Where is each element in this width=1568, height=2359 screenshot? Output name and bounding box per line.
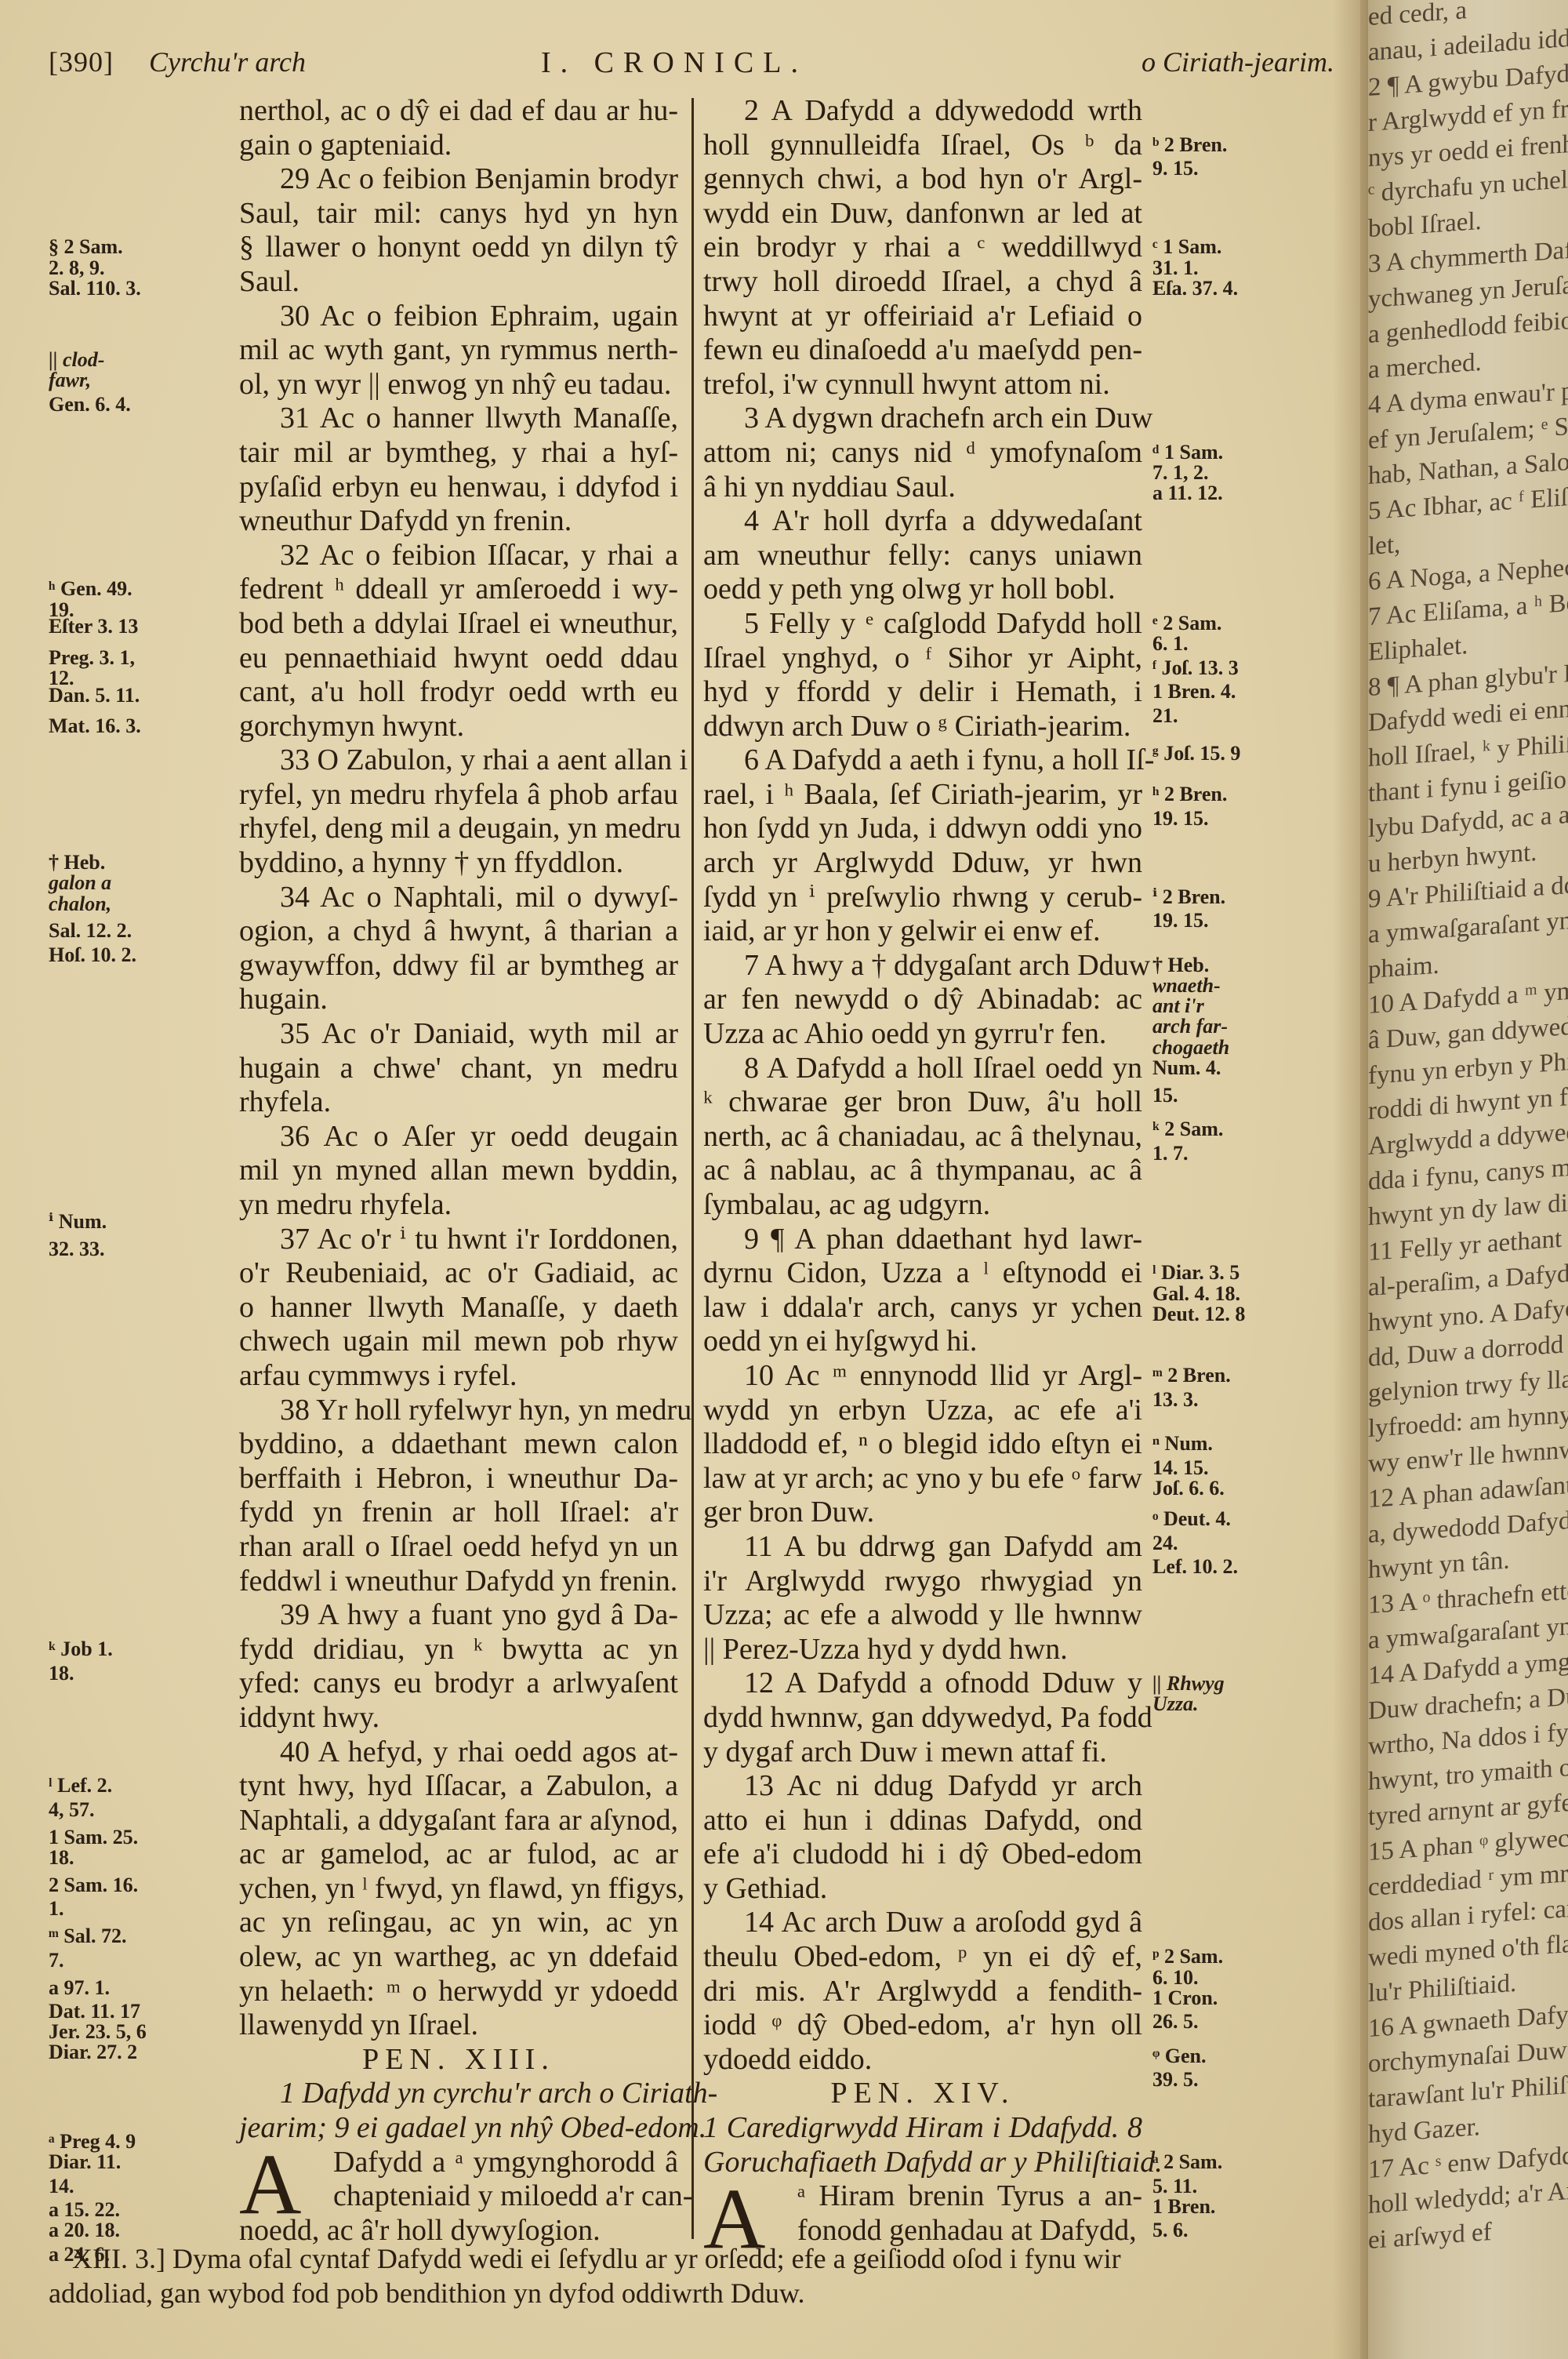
verse-line: ger bron Duw. (703, 1496, 1142, 1530)
verse-line: trefol, i'w cynnull hwynt attom ni. (703, 368, 1142, 402)
margin-reference: 39. 5. (1152, 2068, 1199, 2092)
verse-line: y Gethiad. (703, 1872, 1142, 1906)
verse-line: theulu Obed-edom, ᵖ yn ei dŷ ef, (703, 1940, 1142, 1975)
verse-line: dydd hwnnw, gan ddywedyd, Pa fodd (703, 1701, 1142, 1736)
verse-line: 7 A hwy a † ddygaſant arch Dduw (703, 949, 1142, 983)
verse-line: lladdodd ef, ⁿ o blegid iddo eſtyn ei (703, 1427, 1142, 1462)
verse-line: 3 A dygwn drachefn arch ein Duw (703, 402, 1142, 436)
verse-line: 13 Ac ni ddug Dafydd yr arch (703, 1769, 1142, 1804)
verse-line: olew, ac yn wartheg, ac yn ddefaid (239, 1940, 678, 1975)
verse-line: fydd yn frenin ar holl Iſrael: a'r (239, 1496, 678, 1530)
verse-line: || Perez-Uzza hyd y dydd hwn. (703, 1633, 1142, 1667)
verse-line: feddwl i wneuthur Dafydd yn frenin. (239, 1565, 678, 1599)
verse-line: law i ddala'r arch, canys yr ychen (703, 1291, 1142, 1325)
margin-reference: a 97. 1. (49, 1976, 110, 2000)
verse-line: pyſaſid erbyn eu henwau, i ddyfod i (239, 471, 678, 505)
verse-line: ar fen newydd o dŷ Abinadab: ac (703, 983, 1142, 1017)
margin-reference: chalon, (49, 892, 111, 916)
verse-line: 9 ¶ A phan ddaethant hyd lawr- (703, 1223, 1142, 1257)
verse-line: 6 A Dafydd a aeth i fynu, a holl Iſ- (703, 743, 1142, 778)
verse-line: gennych chwi, a bod hyn o'r Argl- (703, 162, 1142, 197)
verse-line: ryfel, yn medru rhyfela â phob arfau (239, 778, 678, 812)
verse-line: law at yr arch; ac yno y bu efe ᵒ farw (703, 1462, 1142, 1496)
verse-line: nerthol, ac o dŷ ei dad ef dau ar hu- (239, 94, 678, 129)
verse-line: llawenydd yn Iſrael. (239, 2008, 678, 2043)
book-page: [390] Cyrchu'r arch I. CRONICL. o Ciriat… (0, 0, 1360, 2359)
verse-line: berffaith i Hebron, i wneuthur Da- (239, 1462, 678, 1496)
right-running-title: o Ciriath-jearim. (1142, 45, 1334, 78)
margin-reference: Deut. 12. 8 (1152, 1303, 1245, 1326)
margin-reference: ᵍ Joſ. 15. 9 (1152, 742, 1240, 765)
verse-line: ᵏ chwarae ger bron Duw, â'u holl (703, 1085, 1142, 1120)
verse-line: wydd ein Duw, danfonwn ar led at (703, 197, 1142, 231)
verse-line: 4 A'r holl dyrfa a ddywedaſant (703, 504, 1142, 539)
verse-line: Iſrael ynghyd, o ᶠ Sihor yr Aipht, (703, 642, 1142, 676)
margin-reference: 6. 1. (1152, 632, 1189, 656)
verse-line: 29 Ac o feibion Benjamin brodyr (239, 162, 678, 197)
margin-reference: ⁱ 2 Bren. (1152, 885, 1225, 909)
verse-line: Dafydd a ᵃ ymgynghorodd â (239, 2146, 678, 2180)
margin-reference: 18. (49, 1662, 74, 1685)
verse-line: 2 A Dafydd a ddywedodd wrth (703, 94, 1142, 129)
column-divider (691, 98, 694, 2239)
verse-line: hugain a chwe' chant, yn medru (239, 1052, 678, 1086)
margin-reference: 5. 6. (1152, 2219, 1189, 2242)
margin-reference: Eſter 3. 13 (49, 615, 138, 638)
verse-line: ſydd yn ⁱ preſwylio rhwng y cerub- (703, 881, 1142, 915)
margin-reference: 21. (1152, 704, 1178, 728)
verse-line: 12 A Dafydd a ofnodd Dduw y (703, 1667, 1142, 1701)
margin-reference: Diar. 11. (49, 2150, 121, 2174)
verse-line: arch yr Arglwydd Dduw, yr hwn (703, 846, 1142, 881)
margin-reference: 1 Cron. (1152, 1986, 1218, 2010)
verse-line: atto ei hun i ddinas Dafydd, ond (703, 1804, 1142, 1838)
verse-line: dri mis. A'r Arglwydd a fendith- (703, 1975, 1142, 2009)
verse-line: 14 Ac arch Duw a aroſodd gyd â (703, 1906, 1142, 1940)
verse-line: 37 Ac o'r ⁱ tu hwnt i'r Iorddonen, (239, 1223, 678, 1257)
verse-line: byddino, a hynny † yn ffyddlon. (239, 846, 678, 881)
margin-reference: Uzza. (1152, 1692, 1199, 1716)
verse-line: gorchymyn hwynt. (239, 710, 678, 744)
right-text-column: 2 A Dafydd a ddywedodd wrthholl gynnulle… (703, 94, 1142, 2248)
margin-reference: Hoſ. 10. 2. (49, 943, 136, 967)
verse-line: 34 Ac o Naphtali, mil o dywyſ- (239, 881, 678, 915)
margin-reference: 19. 15. (1152, 807, 1209, 831)
margin-reference: ⁿ Num. (1152, 1432, 1213, 1456)
verse-line: mil yn myned allan mewn byddin, (239, 1154, 678, 1188)
running-header: [390] Cyrchu'r arch I. CRONICL. o Ciriat… (49, 45, 1334, 85)
verse-line: iaid, ar yr hon y gelwir ei enw ef. (703, 914, 1142, 949)
verse-line: o hanner llwyth Manaſſe, y daeth (239, 1291, 678, 1325)
margin-reference: 13. 3. (1152, 1388, 1199, 1412)
verse-line: ac ar gamelod, ac ar fulod, ac ar (239, 1837, 678, 1872)
verse-line: holl gynnulleidfa Iſrael, Os ᵇ da (703, 129, 1142, 163)
verse-line: ac â nablau, ac â thympanau, ac â (703, 1154, 1142, 1188)
footnote: XIII. 3.] Dyma ofal cyntaf Dafydd wedi e… (49, 2241, 1342, 2310)
verse-line: iodd ᵠ dŷ Obed-edom, a'r hyn oll (703, 2008, 1142, 2043)
verse-line: 35 Ac o'r Daniaid, wyth mil ar (239, 1017, 678, 1052)
margin-reference: ᵒ Deut. 4. (1152, 1507, 1231, 1531)
verse-line: ᵃ Hiram brenin Tyrus a an- (703, 2179, 1142, 2214)
verse-line: ychen, yn ˡ fwyd, yn flawd, yn ffigys, (239, 1872, 678, 1906)
margin-reference: Sal. 110. 3. (49, 277, 141, 300)
chapter-summary-line: Goruchafiaeth Dafydd ar y Philiſtiaid. (703, 2146, 1142, 2180)
verse-line: fedrent ʰ ddeall yr amſeroedd i wy- (239, 572, 678, 607)
margin-reference: 1 Bren. 4. (1152, 680, 1236, 703)
page-number: [390] (49, 45, 114, 78)
left-text-column: nerthol, ac o dŷ ei dad ef dau ar hu-gai… (239, 94, 678, 2248)
margin-reference: 19. 15. (1152, 909, 1209, 932)
verse-line: arfau cymmwys i ryfel. (239, 1359, 678, 1394)
footnote-line: XIII. 3.] Dyma ofal cyntaf Dafydd wedi e… (49, 2241, 1342, 2276)
margin-reference: ⁱ Num. (49, 1210, 107, 1234)
margin-reference: ᵏ 2 Sam. (1152, 1118, 1223, 1141)
verse-line: 38 Yr holl ryfelwyr hyn, yn medru (239, 1394, 678, 1428)
chapter-heading: PEN. XIV. (703, 2077, 1142, 2111)
margin-reference: 14. (49, 2175, 74, 2198)
verse-line: 31 Ac o hanner llwyth Manaſſe, (239, 402, 678, 436)
drop-cap: A (239, 2141, 301, 2227)
verse-line: hyd y ffordd y delir i Hemath, i (703, 675, 1142, 710)
margin-reference: 2 Sam. 16. (49, 1874, 138, 1897)
margin-reference: 4, 57. (49, 1798, 95, 1822)
verse-line: Saul, tair mil: canys hyd yn hyn (239, 197, 678, 231)
next-page-text: ed cedr, aanau, i adeiladu iddo2 ¶ A gwy… (1368, 0, 1568, 2259)
verse-line: o'r Reubeniaid, ac o'r Gadiaid, ac (239, 1256, 678, 1291)
margin-reference: Lef. 10. 2. (1152, 1555, 1238, 1579)
margin-reference: Num. 4. (1152, 1056, 1221, 1080)
verse-line: hon ſydd yn Juda, i ddwyn oddi yno (703, 812, 1142, 846)
margin-reference: 7. (49, 1949, 64, 1972)
verse-line: ein brodyr y rhai a ᶜ weddillwyd (703, 231, 1142, 265)
verse-line: yn medru rhyfela. (239, 1188, 678, 1223)
margin-reference: ʰ 2 Bren. (1152, 783, 1227, 806)
footnote-line: addoliad, gan wybod fod pob bendithion y… (49, 2276, 1342, 2310)
next-page-edge: ed cedr, aanau, i adeiladu iddo2 ¶ A gwy… (1368, 0, 1568, 2359)
verse-line: 8 A Dafydd a holl Iſrael oedd yn (703, 1052, 1142, 1086)
verse-line: 33 O Zabulon, y rhai a aent allan i (239, 743, 678, 778)
verse-line: Uzza ac Ahio oedd yn gyrru'r fen. (703, 1017, 1142, 1052)
margin-reference: 1. 7. (1152, 1142, 1189, 1165)
verse-line: fydd dridiau, yn ᵏ bwytta ac yn (239, 1633, 678, 1667)
margin-reference: a 11. 12. (1152, 482, 1223, 505)
verse-line: rhan arall o Iſrael oedd hefyd yn un (239, 1530, 678, 1565)
margin-reference: 32. 33. (49, 1238, 105, 1261)
verse-line: mil ac wyth gant, yn rymmus nerth- (239, 333, 678, 368)
margin-reference: 1 Bren. (1152, 2195, 1215, 2219)
verse-line: y dygaf arch Duw i mewn attaf fi. (703, 1736, 1142, 1770)
verse-line: 30 Ac o feibion Ephraim, ugain (239, 300, 678, 334)
margin-reference: a 20. 18. (49, 2219, 120, 2242)
verse-line: Naphtali, a ddygaſant fara ar aſynod, (239, 1804, 678, 1838)
margin-reference: ᵇ 2 Bren. (1152, 133, 1227, 157)
verse-line: 11 A bu ddrwg gan Dafydd am (703, 1530, 1142, 1565)
verse-line: byddino, a ddaethant mewn calon (239, 1427, 678, 1462)
verse-line: dyrnu Cidon, Uzza a ˡ eſtynodd ei (703, 1256, 1142, 1291)
margin-reference: ᵠ Gen. (1152, 2045, 1207, 2068)
margin-reference: ᵐ Sal. 72. (49, 1925, 126, 1948)
margin-reference: 26. 5. (1152, 2010, 1199, 2034)
margin-reference: 1. (49, 1897, 64, 1921)
verse-line: hugain. (239, 983, 678, 1017)
verse-line: ac yn reſingau, ac yn win, ac yn (239, 1906, 678, 1940)
verse-line: hwynt at yr offeiriaid a'r Lefiaid o (703, 300, 1142, 334)
verse-line: yfed: canys eu brodyr a arlwyaſent (239, 1667, 678, 1701)
margin-reference: Gen. 6. 4. (49, 393, 131, 416)
chapter-summary-line: 1 Caredigrwydd Hiram i Ddafydd. 8 (703, 2111, 1142, 2146)
verse-line: gain o gapteniaid. (239, 129, 678, 163)
verse-line: rhyfel, deng mil a deugain, yn medru (239, 812, 678, 846)
margin-reference: ᵏ Job 1. (49, 1637, 113, 1661)
verse-line: eu pennaethiaid hwynt oedd ddau (239, 642, 678, 676)
margin-reference: Joſ. 6. 6. (1152, 1477, 1225, 1500)
verse-line: tynt hwy, hyd Iſſacar, a Zabulon, a (239, 1769, 678, 1804)
margin-reference: Dan. 5. 11. (49, 684, 140, 707)
margin-reference: 15. (1152, 1084, 1178, 1107)
verse-line: rhyfela. (239, 1085, 678, 1120)
verse-line: 10 Ac ᵐ ennynodd llid yr Argl- (703, 1359, 1142, 1394)
verse-line: i'r Arglwydd rwygo rhwygiad yn (703, 1565, 1142, 1599)
verse-line: efe a'i cludodd hi i dŷ Obed-edom (703, 1837, 1142, 1872)
margin-reference: 9. 15. (1152, 157, 1199, 180)
verse-line: trwy holl diroedd Iſrael, a chyd â (703, 265, 1142, 300)
chapter-heading: PEN. XIII. (239, 2043, 678, 2077)
chapter-summary-line: jearim; 9 ei gadael yn nhŷ Obed-edom. (239, 2111, 678, 2146)
verse-line: bod beth a ddylai Iſrael ei wneuthur, (239, 607, 678, 642)
verse-line: yn helaeth: ᵐ o herwydd yr ydoedd (239, 1975, 678, 2009)
verse-line: am wneuthur felly: canys uniawn (703, 539, 1142, 573)
verse-line: ogion, a chyd â hwynt, â tharian a (239, 914, 678, 949)
verse-line: fewn eu dinaſoedd a'u maeſydd pen- (703, 333, 1142, 368)
verse-line: Saul. (239, 265, 678, 300)
chapter-summary-line: 1 Dafydd yn cyrchu'r arch o Ciriath- (239, 2077, 678, 2111)
verse-line: 32 Ac o feibion Iſſacar, y rhai a (239, 539, 678, 573)
verse-line: tair mil ar bymtheg, y rhai a hyſ- (239, 436, 678, 471)
verse-line: attom ni; canys nid ᵈ ymofynaſom (703, 436, 1142, 471)
verse-line: § llawer o honynt oedd yn dilyn tŷ (239, 231, 678, 265)
verse-line: iddynt hwy. (239, 1701, 678, 1736)
verse-line: 39 A hwy a fuant yno gyd â Da- (239, 1598, 678, 1633)
verse-line: cant, a'u holl frodyr oedd wrth eu (239, 675, 678, 710)
verse-line: wneuthur Dafydd yn frenin. (239, 504, 678, 539)
margin-reference: Sal. 12. 2. (49, 919, 132, 943)
verse-line: Uzza; ac efe a alwodd y lle hwnnw (703, 1598, 1142, 1633)
margin-reference: ᶠ Joſ. 13. 3 (1152, 656, 1239, 680)
margin-reference: ᵃ 2 Sam. (1152, 2150, 1222, 2174)
book-title: I. CRONICL. (541, 45, 808, 80)
verse-line: gwaywffon, ddwy fil ar bymtheg ar (239, 949, 678, 983)
margin-reference: ˡ Lef. 2. (49, 1774, 112, 1797)
verse-line: 36 Ac o Aſer yr oedd deugain (239, 1120, 678, 1154)
verse-line: â hi yn nyddiau Saul. (703, 471, 1142, 505)
margin-reference: 24. (1152, 1532, 1178, 1555)
verse-line: nerth, ac â chaniadau, ac â thelynau, (703, 1120, 1142, 1154)
margin-reference: 18. (49, 1846, 74, 1870)
verse-line: oedd y peth yng olwg yr holl bobl. (703, 572, 1142, 607)
margin-reference: Diar. 27. 2 (49, 2041, 137, 2064)
verse-line: 5 Felly y ᵉ caſglodd Dafydd holl (703, 607, 1142, 642)
margin-reference: Mat. 16. 3. (49, 714, 141, 738)
verse-line: ddwyn arch Duw o ᵍ Ciriath-jearim. (703, 710, 1142, 744)
verse-line: chapteniaid y miloedd a'r can- (239, 2179, 678, 2214)
verse-line: ydoedd eiddo. (703, 2043, 1142, 2077)
verse-line: rael, i ʰ Baala, ſef Ciriath-jearim, yr (703, 778, 1142, 812)
verse-line: chwech ugain mil mewn pob rhyw (239, 1325, 678, 1359)
verse-line: ol, yn wyr || enwog yn nhŷ eu tadau. (239, 368, 678, 402)
verse-line: ſymbalau, ac ag udgyrn. (703, 1188, 1142, 1223)
left-running-title: Cyrchu'r arch (149, 45, 306, 78)
verse-line: 40 A hefyd, y rhai oedd agos at- (239, 1736, 678, 1770)
verse-line: oedd yn ei hyſgwyd hi. (703, 1325, 1142, 1359)
verse-line: wydd yn erbyn Uzza, ac efe a'i (703, 1394, 1142, 1428)
margin-reference: Eſa. 37. 4. (1152, 277, 1238, 300)
margin-reference: ᵐ 2 Bren. (1152, 1364, 1231, 1387)
margin-reference: fawr, (49, 369, 91, 392)
